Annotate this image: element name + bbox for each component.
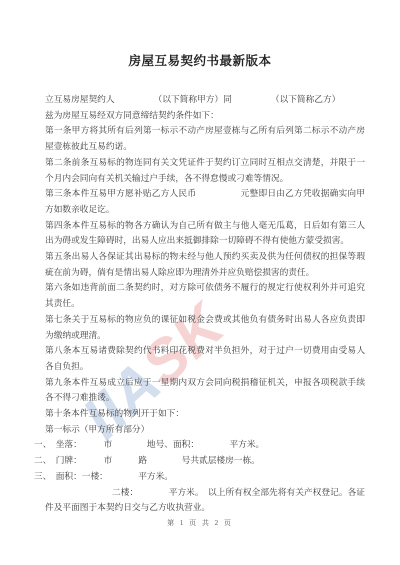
contract-page: IIASK 房屋互易契约书最新版本 立互易房屋契约人 （以下简称甲方）同 （以下… [0, 0, 400, 565]
clause-5: 第五条出易人各保证其出易标的物未经与他人预约买卖及供为任何债权的担保等瑕疵在前为… [45, 249, 365, 280]
property-item-area: 三、 面积：一楼： 平方米。 [34, 469, 365, 485]
clause-7: 第七条关于互易标的物应负的课征如税金会费或其他负有债务时出易人各应负责即为缴纳或… [45, 312, 365, 343]
clause-2: 第二条前条互易标的物连同有关文凭证件于契约订立同时互相点交清楚，并限于一个月内会… [45, 155, 365, 186]
clause-1: 第一条甲方将其所有后列第一标示不动产房屋壹栋与乙所有后列第二标示不动产房屋壹栋彼… [45, 123, 365, 154]
intro-line: 立互易房屋契约人 （以下简称甲方）同 （以下简称乙方） [45, 92, 365, 108]
page-number: 第 1 页 共 2 页 [0, 518, 400, 528]
document-body: 立互易房屋契约人 （以下简称甲方）同 （以下简称乙方） 兹为房屋互易经双方同意缔… [45, 92, 365, 516]
property-item-address: 二、 门牌： 市 路 号共贰层楼房一栋。 [34, 453, 365, 469]
document-title: 房屋互易契约书最新版本 [0, 0, 400, 69]
clause-10: 第十条本件互易标的物列开于如下： [45, 406, 365, 422]
clause-3: 第三条本件互易甲方愿补贴乙方人民币 元整即日由乙方凭收据确实向甲方如数亲收足讫。 [45, 186, 365, 217]
clause-8: 第八条本互易诸费除契约代书料印花税费对半负担外，对于过户一切费用由受易人各自负担… [45, 343, 365, 374]
clause-4: 第四条本件互易标的物各方确认为自己所有做主与他人毫无瓜葛，日后如有第三人出为碍或… [45, 218, 365, 249]
preamble-line: 兹为房屋互易经双方同意缔结契约条件如下： [45, 108, 365, 124]
clause-6: 第六条如违背前面二条契约时，对方除可依债务不履行的规定行使权利外并可追究其责任。 [45, 280, 365, 311]
section-heading: 第一标示（甲方所有部分） [45, 422, 365, 438]
property-item-second-floor: 二楼： 平方米。 以上所有权全部先将有关产权登记。各证件及平面图于本契约日交与乙… [45, 485, 365, 516]
property-item-location: 一、 坐落： 市 地号、面积： 平方米。 [34, 437, 365, 453]
clause-9: 第九条本件互易成立后应于一星期内双方会同向税捐稽征机关，申报各项税款手续各不得刁… [45, 375, 365, 406]
